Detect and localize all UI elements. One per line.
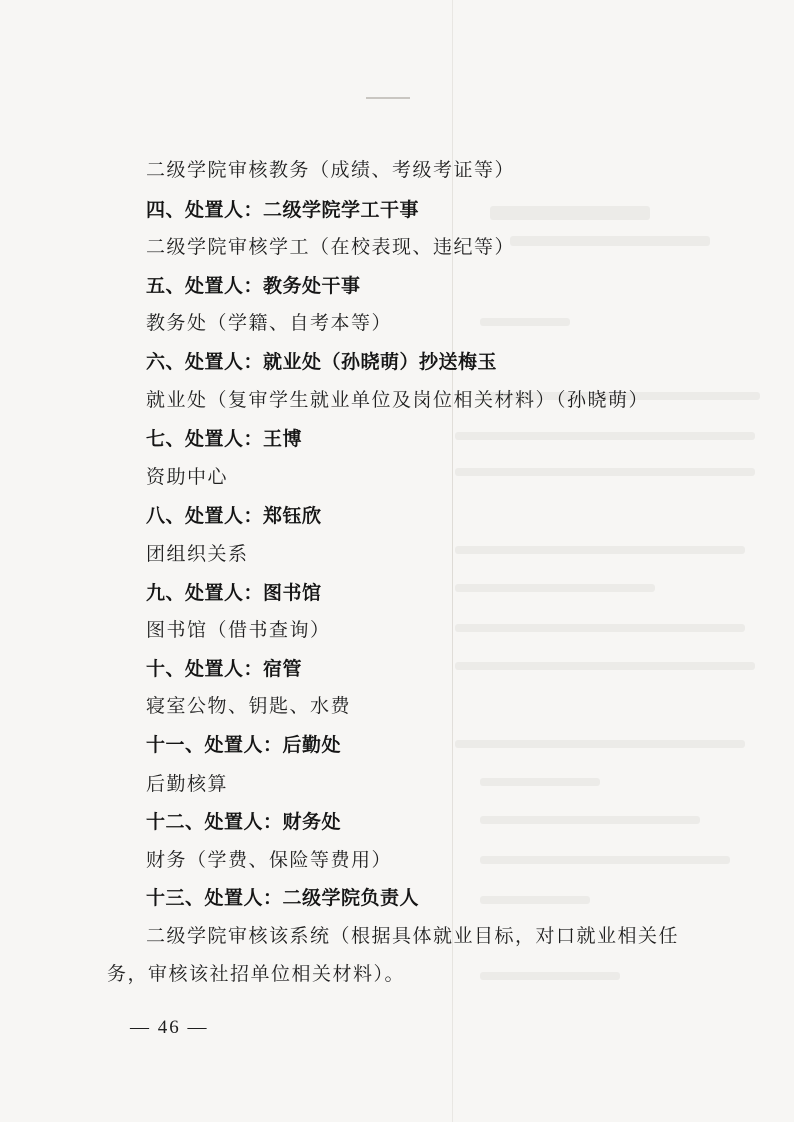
bleed-through-mark (455, 546, 745, 554)
section-heading: 七、处置人：王博 (146, 427, 302, 451)
bleed-through-mark (455, 624, 745, 632)
body-line: 后勤核算 (146, 772, 228, 796)
bleed-through-mark (455, 740, 745, 748)
bleed-through-mark (480, 972, 620, 980)
section-heading: 六、处置人：就业处（孙晓萌）抄送梅玉 (146, 350, 497, 374)
body-line: 二级学院审核教务（成绩、考级考证等） (146, 158, 515, 182)
bleed-through-mark (455, 662, 755, 670)
body-line: 财务（学费、保险等费用） (146, 848, 392, 872)
section-heading: 十、处置人：宿管 (146, 657, 302, 681)
body-line: 团组织关系 (146, 542, 249, 566)
bleed-through-mark (455, 584, 655, 592)
bleed-through-mark (366, 97, 410, 99)
body-line: 就业处（复审学生就业单位及岗位相关材料）（孙晓萌） (146, 388, 649, 412)
body-line: 寝室公物、钥匙、水费 (146, 694, 351, 718)
body-line: 图书馆（借书查询） (146, 618, 331, 642)
bleed-through-mark (455, 468, 755, 476)
section-heading: 五、处置人：教务处干事 (146, 274, 361, 298)
page-number: — 46 — (130, 1017, 209, 1039)
body-line-continued: 务，审核该社招单位相关材料）。 (107, 962, 405, 986)
section-heading: 四、处置人：二级学院学工干事 (146, 198, 419, 222)
bleed-through-mark (480, 896, 590, 904)
body-line: 二级学院审核该系统（根据具体就业目标，对口就业相关任 (146, 924, 679, 948)
bleed-through-mark (480, 318, 570, 326)
bleed-through-mark (480, 816, 700, 824)
section-heading: 八、处置人：郑钰欣 (146, 504, 322, 528)
bleed-through-mark (510, 236, 710, 246)
body-line: 教务处（学籍、自考本等） (146, 311, 392, 335)
body-line: 二级学院审核学工（在校表现、违纪等） (146, 235, 515, 259)
section-heading: 十二、处置人：财务处 (146, 810, 341, 834)
bleed-through-mark (490, 206, 650, 220)
bleed-through-mark (480, 856, 730, 864)
section-heading: 九、处置人：图书馆 (146, 581, 322, 605)
section-heading: 十三、处置人：二级学院负责人 (146, 886, 419, 910)
body-line: 资助中心 (146, 465, 228, 489)
bleed-through-mark (480, 778, 600, 786)
bleed-through-mark (455, 432, 755, 440)
section-heading: 十一、处置人：后勤处 (146, 733, 341, 757)
